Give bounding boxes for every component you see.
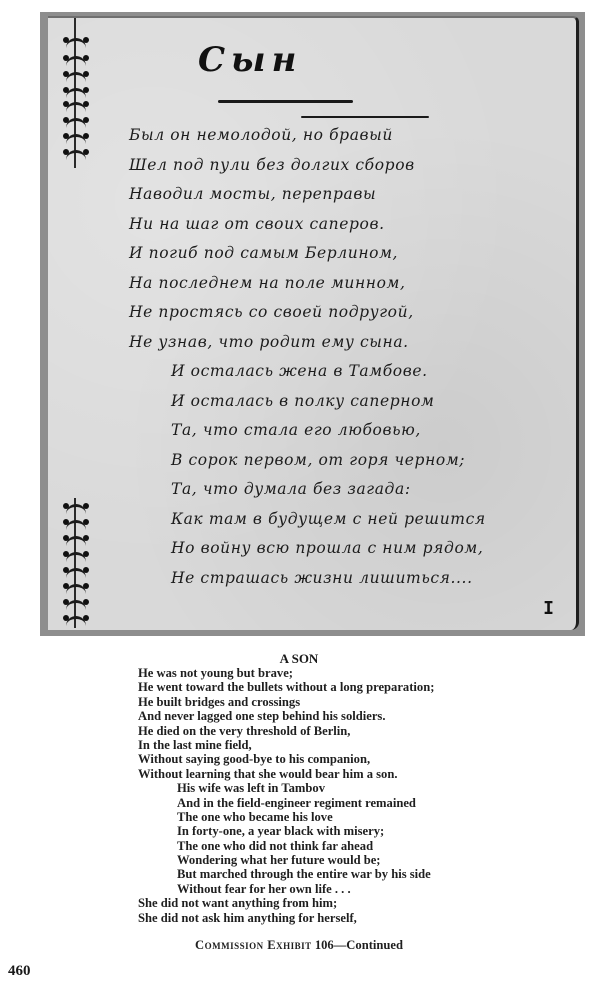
title-underline: [218, 100, 353, 103]
handwritten-line: В сорок первом, от горя черном;: [171, 451, 465, 469]
spiral-ring: [66, 520, 86, 530]
translation-line: His wife was left in Tambov: [138, 781, 434, 795]
handwritten-line: Та, что стала его любовью,: [171, 421, 421, 439]
handwritten-line: Ни на шаг от своих саперов.: [129, 215, 385, 233]
handwritten-line: На последнем на поле минном,: [129, 274, 406, 292]
translation-line: Wondering what her future would be;: [138, 853, 434, 867]
translation-line: But marched through the entire war by hi…: [138, 867, 434, 881]
spiral-ring: [66, 72, 86, 82]
spiral-ring: [66, 118, 86, 128]
caption-suffix: —Continued: [334, 938, 403, 952]
handwritten-line: И осталась в полку саперном: [171, 392, 434, 410]
handwritten-line: И погиб под самым Берлином,: [129, 244, 398, 262]
translation-line: Without fear for her own life . . .: [138, 882, 434, 896]
translation-line: In the last mine field,: [138, 738, 434, 752]
exhibit-caption: Commission Exhibit 106—Continued: [0, 938, 598, 953]
page-marker: I: [543, 598, 554, 619]
translation-line: Without learning that she would bear him…: [138, 767, 434, 781]
handwritten-line: Но войну всю прошла с ним рядом,: [171, 539, 483, 557]
notebook-page: Сын Был он немолодой, но бравыйШел под п…: [48, 16, 579, 630]
translation-line: And never lagged one step behind his sol…: [138, 709, 434, 723]
spiral-ring: [66, 536, 86, 546]
spiral-ring: [66, 600, 86, 610]
translation-line: The one who became his love: [138, 810, 434, 824]
translation-line: Without saying good-bye to his companion…: [138, 752, 434, 766]
translation-line: He built bridges and crossings: [138, 695, 434, 709]
handwritten-line: Не узнав, что родит ему сына.: [129, 333, 409, 351]
spiral-ring: [66, 134, 86, 144]
caption-label: Commission Exhibit: [195, 938, 312, 952]
translation-line: He went toward the bullets without a lon…: [138, 680, 434, 694]
notebook-photograph: ✣ Сын Был он немолодой, но бравыйШел под…: [40, 12, 585, 636]
handwritten-line: Был он немолодой, но бравый: [129, 126, 393, 144]
translation-line: She did not want anything from him;: [138, 896, 434, 910]
handwritten-line: Та, что думала без загада:: [171, 480, 411, 498]
translation-line: In forty-one, a year black with misery;: [138, 824, 434, 838]
spiral-ring: [66, 38, 86, 48]
translation-line: The one who did not think far ahead: [138, 839, 434, 853]
spiral-ring: [66, 568, 86, 578]
spiral-ring: [66, 102, 86, 112]
translation-line: She did not ask him anything for herself…: [138, 911, 434, 925]
spiral-ring: [66, 616, 86, 626]
page-number: 460: [8, 963, 31, 980]
handwritten-line: Наводил мосты, переправы: [129, 185, 376, 203]
translation-title: A SON: [0, 651, 598, 667]
translation-line: He was not young but brave;: [138, 666, 434, 680]
translation-line: And in the field-engineer regiment remai…: [138, 796, 434, 810]
spiral-ring: [66, 88, 86, 98]
translation-line: He died on the very threshold of Berlin,: [138, 724, 434, 738]
spiral-ring: [66, 552, 86, 562]
handwritten-line: Не простясь со своей подругой,: [129, 303, 414, 321]
spiral-ring: [66, 56, 86, 66]
spiral-ring: [66, 584, 86, 594]
spiral-ring: [66, 504, 86, 514]
translation-poem: He was not young but brave;He went towar…: [138, 666, 434, 925]
caption-number: 106: [315, 938, 334, 952]
handwritten-line: И осталась жена в Тамбове.: [171, 362, 428, 380]
title-underline-second: [301, 116, 429, 118]
handwritten-line: Шел под пули без долгих сборов: [129, 156, 415, 174]
spiral-ring: [66, 150, 86, 160]
handwritten-line: Не страшась жизни лишиться....: [171, 569, 473, 587]
handwritten-title: Сын: [198, 40, 302, 80]
handwritten-line: Как там в будущем с ней решится: [171, 510, 486, 528]
